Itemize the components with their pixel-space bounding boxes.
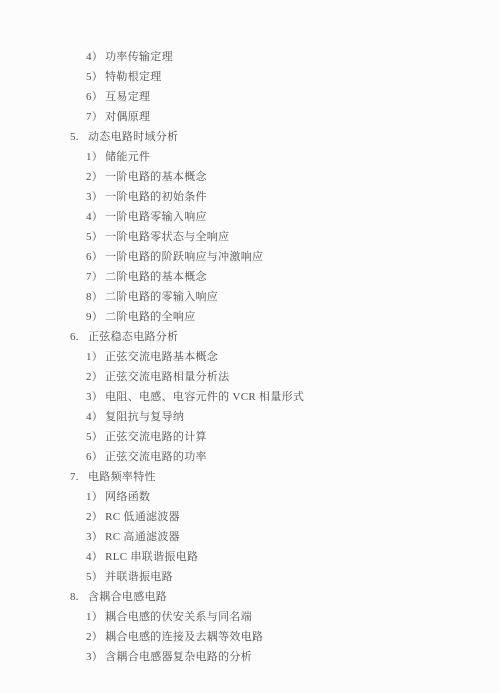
- toc-subitem-number: 1）: [86, 147, 103, 167]
- toc-subitem-number: 3）: [86, 647, 103, 667]
- toc-subitem-number: 6）: [86, 87, 103, 107]
- toc-subitem-row: 1）网络函数: [0, 487, 500, 507]
- toc-subitem-number: 3）: [86, 387, 103, 407]
- toc-subitem-row: 5）一阶电路零状态与全响应: [0, 227, 500, 247]
- toc-subitem-number: 8）: [86, 287, 103, 307]
- toc-subitem-title: RC 低通滤波器: [105, 507, 180, 527]
- toc-subitem-number: 5）: [86, 67, 103, 87]
- toc-subitem-number: 5）: [86, 427, 103, 447]
- toc-subitem-title: 耦合电感的伏安关系与同名端: [105, 607, 252, 627]
- toc-subitem-row: 4）复阻抗与复导纳: [0, 407, 500, 427]
- toc-subitem-number: 5）: [86, 567, 103, 587]
- toc-subitem-row: 1）正弦交流电路基本概念: [0, 347, 500, 367]
- toc-subitem-row: 8）二阶电路的零输入响应: [0, 287, 500, 307]
- toc-subitem-number: 1）: [86, 347, 103, 367]
- toc-subitem-row: 9）二阶电路的全响应: [0, 307, 500, 327]
- toc-subitem-title: 耦合电感的连接及去耦等效电路: [105, 627, 263, 647]
- toc-subitem-number: 4）: [86, 47, 103, 67]
- toc-subitem-row: 4）一阶电路零输入响应: [0, 207, 500, 227]
- toc-subitem-title: RLC 串联谐振电路: [105, 547, 198, 567]
- toc-subitem-title: 一阶电路零输入响应: [105, 207, 207, 227]
- toc-subitem-title: 对偶原理: [105, 107, 150, 127]
- toc-subitem-title: 储能元件: [105, 147, 150, 167]
- toc-subitem-number: 1）: [86, 607, 103, 627]
- toc-subitem-title: RC 高通滤波器: [105, 527, 180, 547]
- toc-list: 4）功率传输定理5）特勒根定理6）互易定理7）对偶原理5.动态电路时域分析1）储…: [0, 47, 500, 667]
- toc-chapter-title: 正弦稳态电路分析: [88, 327, 178, 347]
- toc-subitem-number: 3）: [86, 527, 103, 547]
- toc-subitem-row: 6）一阶电路的阶跃响应与冲激响应: [0, 247, 500, 267]
- toc-chapter-row: 5.动态电路时域分析: [0, 127, 500, 147]
- toc-subitem-number: 7）: [86, 107, 103, 127]
- toc-subitem-title: 功率传输定理: [105, 47, 173, 67]
- toc-subitem-title: 正弦交流电路基本概念: [105, 347, 218, 367]
- toc-subitem-title: 二阶电路的零输入响应: [105, 287, 218, 307]
- toc-subitem-title: 并联谐振电路: [105, 567, 173, 587]
- toc-subitem-row: 3）含耦合电感器复杂电路的分析: [0, 647, 500, 667]
- toc-subitem-title: 正弦交流电路相量分析法: [105, 367, 229, 387]
- toc-subitem-number: 3）: [86, 187, 103, 207]
- toc-subitem-row: 5）并联谐振电路: [0, 567, 500, 587]
- toc-subitem-number: 2）: [86, 167, 103, 187]
- toc-subitem-number: 2）: [86, 627, 103, 647]
- toc-subitem-row: 1）耦合电感的伏安关系与同名端: [0, 607, 500, 627]
- toc-subitem-title: 电阻、电感、电容元件的 VCR 相量形式: [105, 387, 304, 407]
- toc-subitem-title: 复阻抗与复导纳: [105, 407, 184, 427]
- toc-chapter-row: 7.电路频率特性: [0, 467, 500, 487]
- toc-chapter-title: 动态电路时域分析: [88, 127, 178, 147]
- toc-subitem-title: 二阶电路的基本概念: [105, 267, 207, 287]
- toc-subitem-number: 6）: [86, 447, 103, 467]
- toc-subitem-number: 4）: [86, 547, 103, 567]
- toc-subitem-title: 一阶电路的阶跃响应与冲激响应: [105, 247, 263, 267]
- toc-subitem-number: 1）: [86, 487, 103, 507]
- toc-subitem-number: 7）: [86, 267, 103, 287]
- toc-subitem-row: 5）特勒根定理: [0, 67, 500, 87]
- toc-chapter-title: 含耦合电感电路: [88, 587, 167, 607]
- toc-subitem-number: 4）: [86, 407, 103, 427]
- toc-chapter-number: 5.: [70, 127, 88, 147]
- toc-subitem-title: 互易定理: [105, 87, 150, 107]
- toc-subitem-row: 3）一阶电路的初始条件: [0, 187, 500, 207]
- toc-chapter-row: 6.正弦稳态电路分析: [0, 327, 500, 347]
- toc-subitem-number: 5）: [86, 227, 103, 247]
- toc-subitem-row: 6）正弦交流电路的功率: [0, 447, 500, 467]
- toc-subitem-title: 网络函数: [105, 487, 150, 507]
- toc-subitem-title: 一阶电路零状态与全响应: [105, 227, 229, 247]
- toc-subitem-row: 1）储能元件: [0, 147, 500, 167]
- toc-subitem-title: 一阶电路的基本概念: [105, 167, 207, 187]
- toc-subitem-row: 3）RC 高通滤波器: [0, 527, 500, 547]
- toc-subitem-title: 二阶电路的全响应: [105, 307, 195, 327]
- toc-subitem-row: 7）对偶原理: [0, 107, 500, 127]
- toc-subitem-row: 4）功率传输定理: [0, 47, 500, 67]
- toc-chapter-title: 电路频率特性: [88, 467, 156, 487]
- toc-subitem-number: 2）: [86, 367, 103, 387]
- toc-subitem-row: 2）正弦交流电路相量分析法: [0, 367, 500, 387]
- toc-subitem-number: 6）: [86, 247, 103, 267]
- toc-subitem-row: 2）一阶电路的基本概念: [0, 167, 500, 187]
- toc-subitem-number: 2）: [86, 507, 103, 527]
- toc-chapter-number: 8.: [70, 587, 88, 607]
- toc-subitem-number: 9）: [86, 307, 103, 327]
- toc-subitem-title: 特勒根定理: [105, 67, 162, 87]
- toc-subitem-number: 4）: [86, 207, 103, 227]
- toc-subitem-title: 正弦交流电路的功率: [105, 447, 207, 467]
- document-page: 4）功率传输定理5）特勒根定理6）互易定理7）对偶原理5.动态电路时域分析1）储…: [0, 0, 500, 693]
- toc-subitem-row: 7）二阶电路的基本概念: [0, 267, 500, 287]
- toc-subitem-title: 含耦合电感器复杂电路的分析: [105, 647, 252, 667]
- toc-subitem-row: 5）正弦交流电路的计算: [0, 427, 500, 447]
- toc-subitem-title: 正弦交流电路的计算: [105, 427, 207, 447]
- toc-subitem-row: 2）耦合电感的连接及去耦等效电路: [0, 627, 500, 647]
- toc-subitem-row: 3）电阻、电感、电容元件的 VCR 相量形式: [0, 387, 500, 407]
- toc-subitem-row: 2）RC 低通滤波器: [0, 507, 500, 527]
- toc-subitem-row: 6）互易定理: [0, 87, 500, 107]
- toc-chapter-row: 8.含耦合电感电路: [0, 587, 500, 607]
- toc-subitem-title: 一阶电路的初始条件: [105, 187, 207, 207]
- toc-subitem-row: 4）RLC 串联谐振电路: [0, 547, 500, 567]
- toc-chapter-number: 6.: [70, 327, 88, 347]
- toc-chapter-number: 7.: [70, 467, 88, 487]
